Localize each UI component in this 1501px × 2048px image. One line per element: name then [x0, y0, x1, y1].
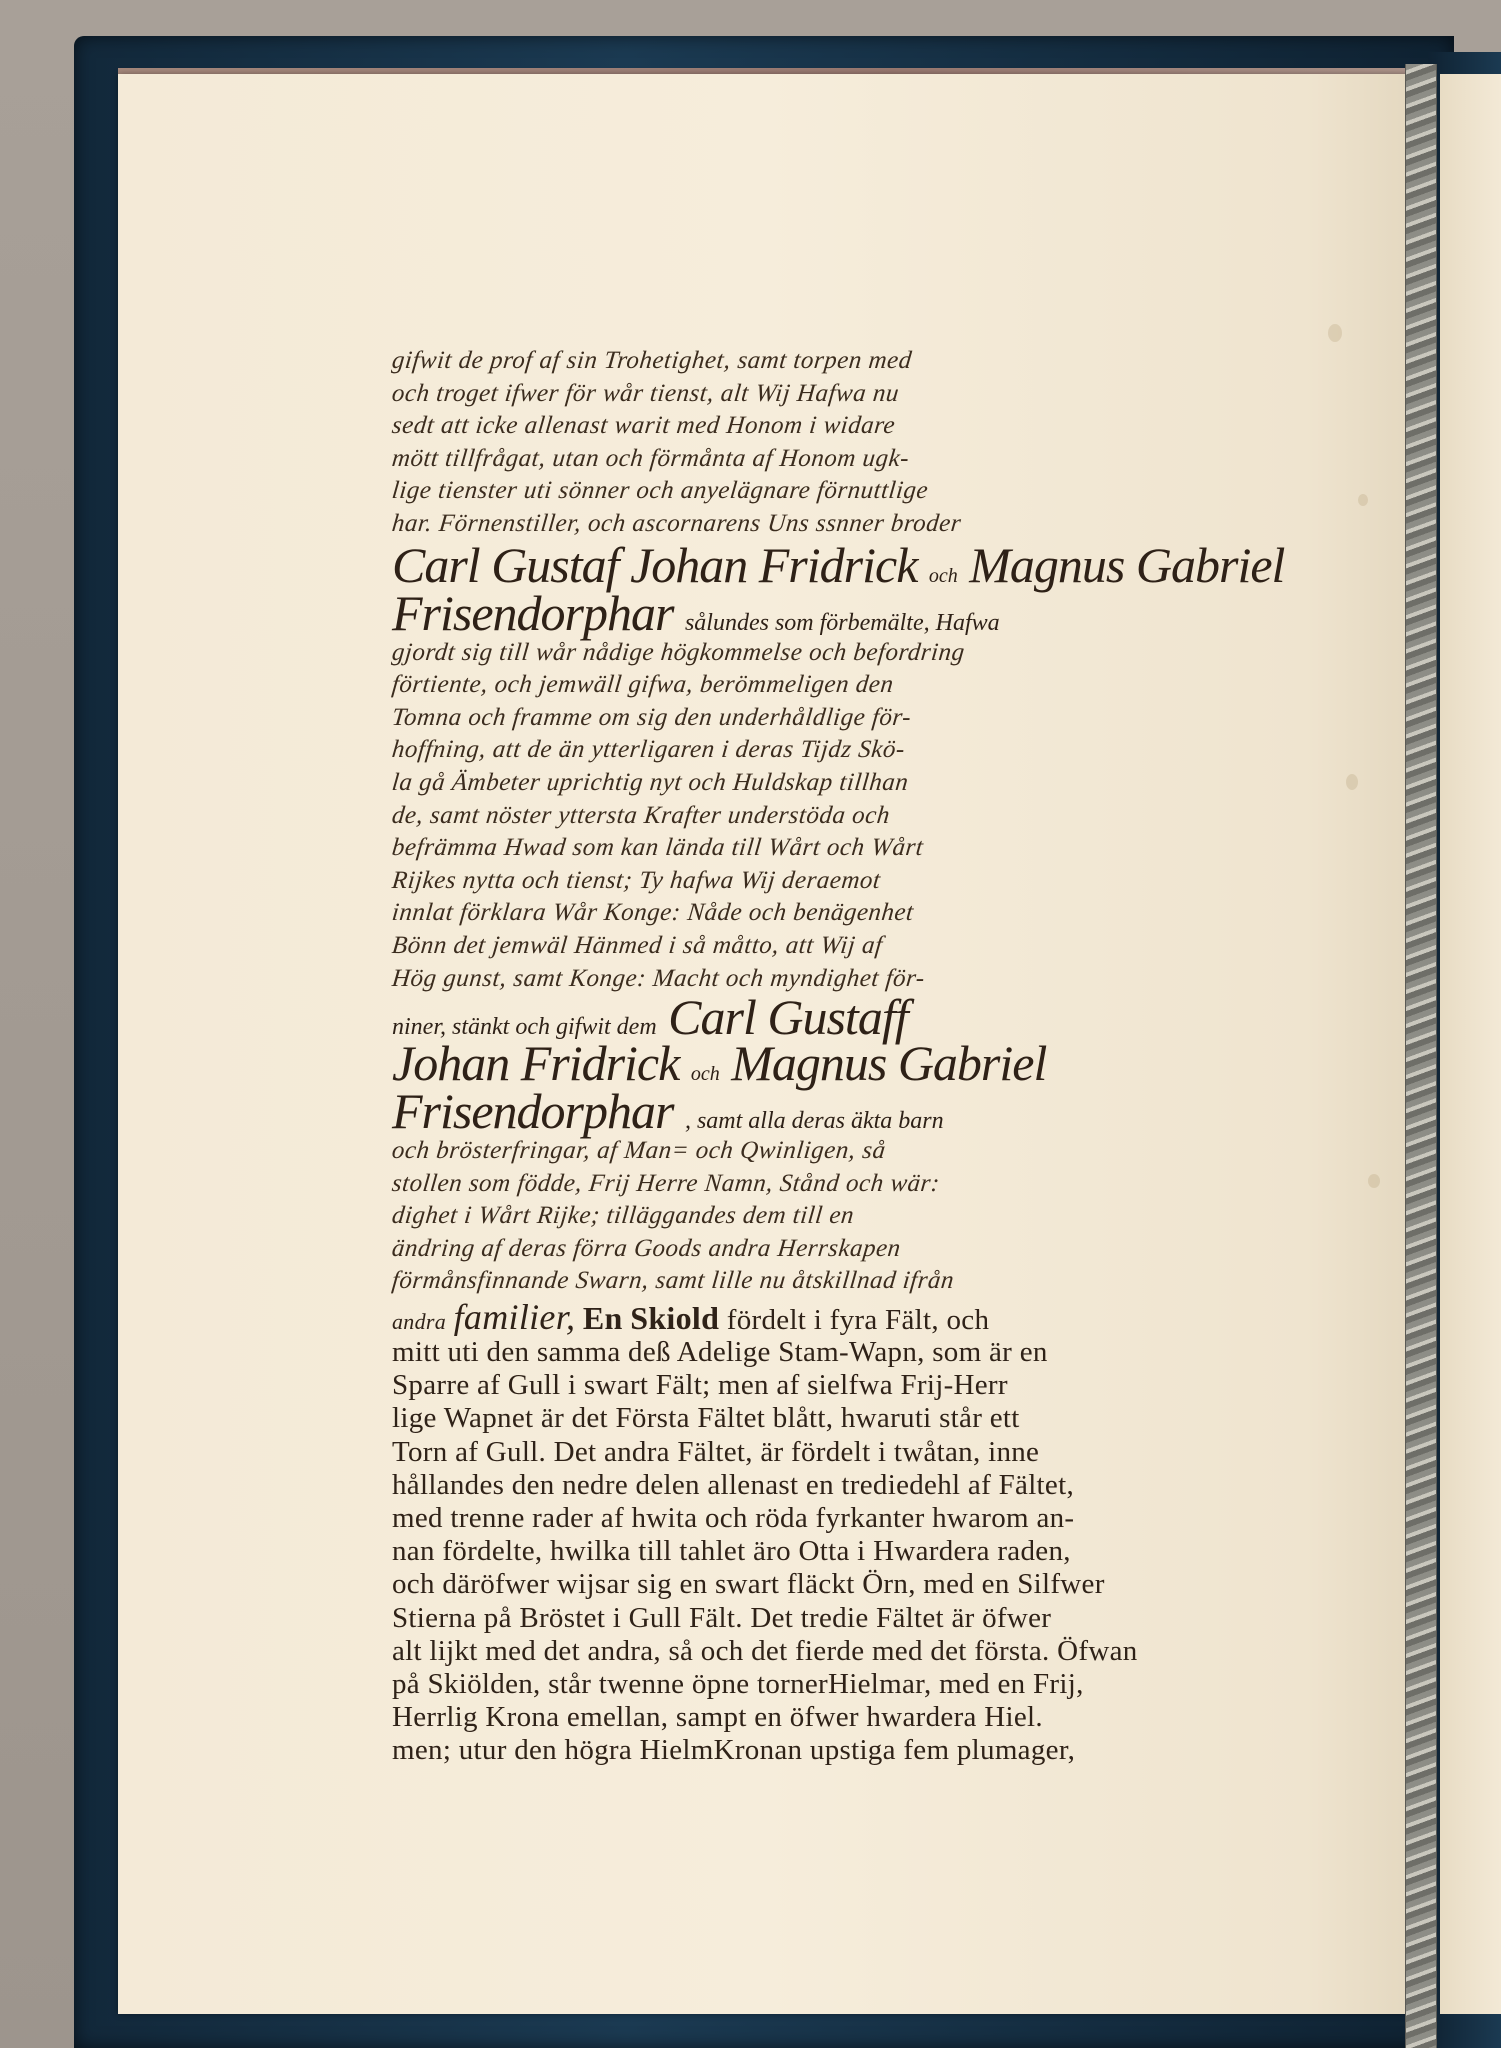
surname: Frisendorphar: [392, 585, 673, 641]
text-line: gjordt sig till wår nådige högkommelse o…: [390, 637, 1293, 670]
names-heading: Carl Gustaf Johan Fridrick och Magnus Ga…: [392, 541, 1292, 589]
manuscript-text: gifwit de prof af sin Trohetighet, samt …: [392, 345, 1292, 1768]
surname-heading: Frisendorphar sålundes som förbemälte, H…: [392, 589, 1292, 637]
braided-cord: [1405, 64, 1437, 2048]
text-line: Herrlig Krona emellan, sampt en öfwer hw…: [392, 1701, 1292, 1734]
text-line: Tomna och framme om sig den underhåldlig…: [390, 702, 1293, 735]
text-line: på Skiölden, står twenne öpne tornerHiel…: [392, 1668, 1292, 1701]
text-line: Sparre af Gull i swart Fält; men af siel…: [392, 1369, 1292, 1402]
text-line: lige Wapnet är det Första Fältet blått, …: [392, 1402, 1292, 1435]
names-heading-2: Johan Fridrick och Magnus Gabriel: [392, 1039, 1292, 1087]
text-prefix: andra: [392, 1309, 446, 1334]
word-en: En: [583, 1300, 623, 1336]
text-line: och däröfwer wijsar sig en swart fläckt …: [392, 1568, 1292, 1601]
names-inline: niner, stänkt och gifwit dem Carl Gustaf…: [392, 995, 1292, 1039]
text-line: de, samt nöster yttersta Krafter underst…: [390, 800, 1293, 833]
facing-page: [1440, 74, 1501, 2014]
foxing-spot: [1346, 774, 1358, 790]
text-line: alt lijkt med det andra, så och det fier…: [392, 1635, 1292, 1668]
surname-heading-2: Frisendorphar , samt alla deras äkta bar…: [392, 1087, 1292, 1135]
conjunction: och: [929, 565, 958, 587]
text-line: gifwit de prof af sin Trohetighet, samt …: [390, 345, 1293, 378]
text-line: Bönn det jemwäl Hänmed i så måtto, att W…: [390, 930, 1293, 963]
text-continuation: , samt alla deras äkta barn: [685, 1108, 944, 1134]
text-line: dighet i Wårt Rijke; tilläggandes dem ti…: [390, 1200, 1293, 1233]
text-line: men; utur den högra HielmKronan upstiga …: [392, 1734, 1292, 1767]
text-line: sedt att icke allenast warit med Honom i…: [390, 410, 1293, 443]
text-line: stollen som födde, Frij Herre Namn, Stån…: [390, 1168, 1293, 1201]
name-magnus-gabriel: Magnus Gabriel: [969, 537, 1284, 593]
text-rest: fördelt i fyra Fält, och: [727, 1304, 989, 1336]
mixed-line: andra familier, En Skiold fördelt i fyra…: [392, 1298, 1292, 1336]
text-line: förmånsfinnande Swarn, samt lille nu åts…: [390, 1265, 1293, 1298]
surname: Frisendorphar: [392, 1083, 673, 1139]
foxing-spot: [1328, 324, 1342, 342]
text-line: Stierna på Bröstet i Gull Fält. Det tred…: [392, 1602, 1292, 1635]
name-magnus-gabriel: Magnus Gabriel: [731, 1035, 1046, 1091]
text-line: mitt uti den samma deß Adelige Stam-Wapn…: [392, 1336, 1292, 1369]
text-line: befrämma Hwad som kan lända till Wårt oc…: [390, 832, 1293, 865]
text-line: ändring af deras förra Goods andra Herrs…: [390, 1233, 1293, 1266]
text-line: hoffning, att de än ytterligaren i deras…: [390, 734, 1293, 767]
text-line: och brösterfringar, af Man= och Qwinlige…: [390, 1135, 1293, 1168]
word-skiold: Skiold: [630, 1300, 719, 1336]
text-line: hållandes den nedre delen allenast en tr…: [392, 1469, 1292, 1502]
word-familier: familier,: [454, 1298, 576, 1336]
text-line: och troget ifwer för wår tienst, alt Wij…: [390, 378, 1293, 411]
text-line: nan fördelte, hwilka till tahlet äro Ott…: [392, 1535, 1292, 1568]
foxing-spot: [1358, 494, 1368, 506]
text-line: Rijkes nytta och tienst; Ty hafwa Wij de…: [390, 865, 1293, 898]
text-line: Torn af Gull. Det andra Fältet, är förde…: [392, 1436, 1292, 1469]
foxing-spot: [1368, 1174, 1380, 1188]
text-line: la gå Ämbeter uprichtig nyt och Huldskap…: [390, 767, 1293, 800]
text-line: Hög gunst, samt Konge: Macht och myndigh…: [390, 963, 1293, 996]
text-line: har. Förnenstiller, och ascornarens Uns …: [390, 508, 1293, 541]
conjunction: och: [691, 1063, 720, 1085]
text-line: mött tillfrågat, utan och förmånta af Ho…: [390, 443, 1293, 476]
text-continuation: sålundes som förbemälte, Hafwa: [685, 610, 1000, 636]
text-line: lige tienster uti sönner och anyelägnare…: [390, 475, 1293, 508]
text-line: förtiente, och jemwäll gifwa, berömmelig…: [390, 669, 1293, 702]
text-line: med trenne rader af hwita och röda fyrka…: [392, 1502, 1292, 1535]
text-line: innlat förklara Wår Konge: Nåde och benä…: [390, 897, 1293, 930]
